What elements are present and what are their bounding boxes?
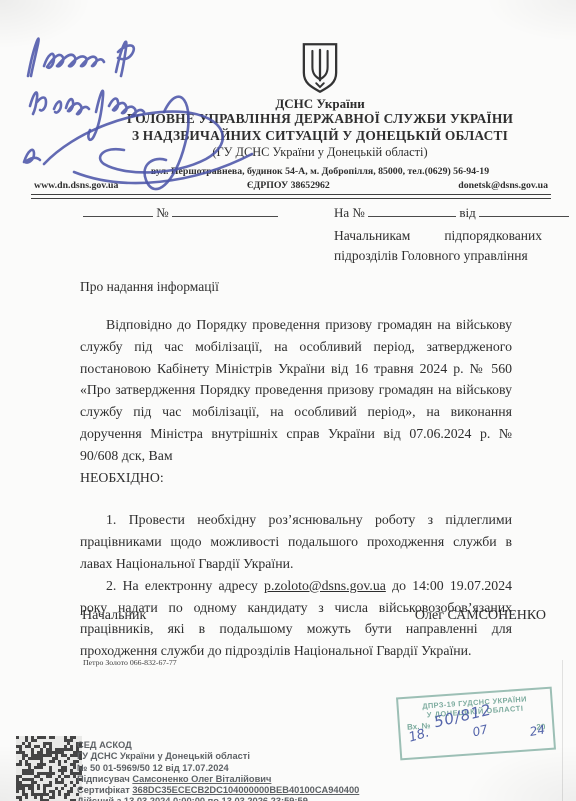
signer-name: Олег САМСОНЕНКО [415, 608, 546, 624]
esign-signer-name: Самсоненко Олег Віталійович [132, 774, 271, 784]
body-item-1: 1. Провести необхідну роз’яснювальну роб… [80, 509, 512, 574]
body-paragraph-1: Відповідно до Порядку проведення призову… [80, 314, 512, 467]
item2-text-before: 2. На електронну адресу [106, 578, 264, 593]
addressee-block: Начальникам підпорядкованих підрозділів … [334, 226, 542, 265]
qr-code-icon [16, 736, 82, 801]
esign-doc-number: № 50 01-5969/50 12 від 17.07.2024 [77, 763, 359, 774]
esign-cert-line: Сертифікат 368DC35ECECB2DC104000000BEB40… [77, 785, 359, 796]
esign-system: СЕД АСКОД [77, 740, 359, 751]
esign-footer: СЕД АСКОД ГУ ДСНС України у Донецькій об… [77, 740, 359, 801]
addressee-line2: підрозділів Головного управління [334, 246, 542, 266]
stamp-handwritten-year: 24 [528, 723, 545, 739]
handwritten-resolution-icon [14, 14, 282, 209]
esign-cert-label: Сертифікат [77, 785, 132, 795]
addressee-word1: Начальникам [334, 226, 410, 246]
org-email: donetsk@dsns.gov.ua [458, 180, 548, 191]
esign-signer-label: Підписувач [77, 774, 132, 784]
reply-date-blank [479, 203, 569, 217]
document-page: ДСНС України ГОЛОВНЕ УПРАВЛІННЯ ДЕРЖАВНО… [0, 0, 576, 801]
reply-number-blank [368, 203, 456, 217]
email-link: p.zoloto@dsns.gov.ua [264, 578, 386, 593]
reply-reference-line: На № від [334, 203, 569, 221]
body-heading: НЕОБХІДНО: [80, 467, 512, 489]
esign-signer-line: Підписувач Самсоненко Олег Віталійович [77, 774, 359, 785]
reply-number-label: На № [334, 205, 365, 220]
ukraine-trident-emblem-icon [301, 42, 339, 94]
addressee-word2: підпорядкованих [444, 226, 542, 246]
reply-date-label: від [459, 205, 475, 220]
executor-contact: Петро Золото 066-832-67-77 [83, 658, 177, 667]
incoming-stamp: ДПРЗ-19 ГУДСНС УКРАЇНИ У ДОНЕЦЬКІЙ ОБЛАС… [396, 687, 556, 761]
subject-line: Про надання інформації [80, 279, 219, 295]
esign-org: ГУ ДСНС України у Донецькій області [77, 751, 359, 762]
esign-validity: Дійсний з 13.03.2024 0:00:00 по 13.03.20… [77, 796, 359, 801]
stamp-handwritten-month: 07 [471, 722, 489, 739]
signature-row: Начальник Олег САМСОНЕНКО [82, 608, 546, 624]
signer-position: Начальник [82, 608, 146, 624]
esign-cert-number: 368DC35ECECB2DC104000000BEB40100CA940400 [132, 785, 359, 795]
